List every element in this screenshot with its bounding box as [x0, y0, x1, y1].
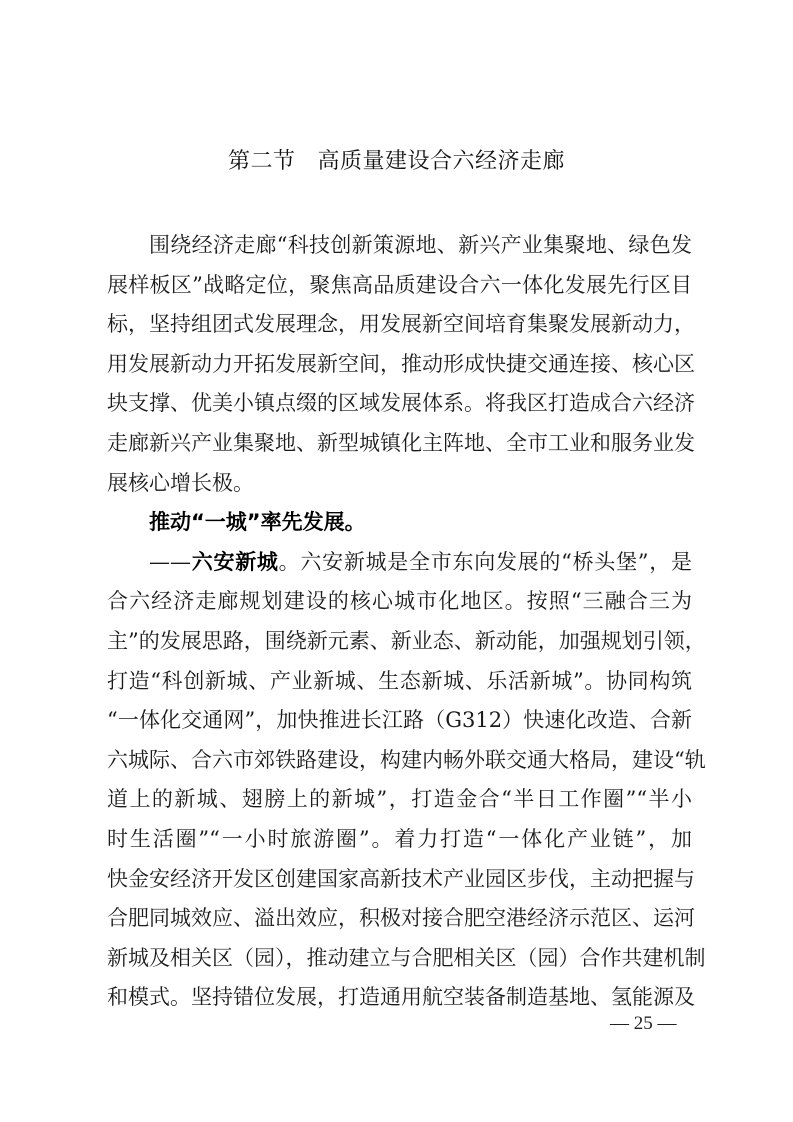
- paragraph-line: 合肥同城效应、溢出效应，积极对接合肥空港经济示范区、运河: [107, 899, 692, 939]
- paragraph-line: 打造“科创新城、产业新城、生态新城、乐活新城”。协同构筑: [107, 662, 692, 702]
- paragraph-line-lead: ——六安新城。六安新城是全市东向发展的“桥头堡”，是: [107, 543, 692, 583]
- paragraph-line: 快金安经济开发区创建国家高新技术产业园区步伐，主动把握与: [107, 860, 692, 900]
- paragraph-line: 围绕经济走廊“科技创新策源地、新兴产业集聚地、绿色发: [107, 226, 692, 266]
- bold-term: 六安新城: [191, 550, 279, 574]
- paragraph-strategic-positioning: 围绕经济走廊“科技创新策源地、新兴产业集聚地、绿色发 展样板区”战略定位，聚焦高…: [107, 226, 692, 503]
- paragraph-line: 标，坚持组团式发展理念，用发展新空间培育集聚发展新动力，: [107, 305, 692, 345]
- paragraph-line: 新城及相关区（园），推动建立与合肥相关区（园）合作共建机制: [107, 939, 692, 979]
- paragraph-line: “一体化交通网”，加快推进长江路（G312）快速化改造、合新: [107, 701, 692, 741]
- paragraph-line: 走廊新兴产业集聚地、新型城镇化主阵地、全市工业和服务业发: [107, 424, 692, 464]
- paragraph-line: 和模式。坚持错位发展，打造通用航空装备制造基地、氢能源及: [107, 978, 692, 1018]
- em-dash-lead: ——: [149, 550, 191, 574]
- paragraph-line: 主”的发展思路，围绕新元素、新业态、新动能，加强规划引领，: [107, 622, 692, 662]
- paragraph-line: 六城际、合六市郊铁路建设，构建内畅外联交通大格局，建设“轨: [107, 741, 692, 781]
- paragraph-liuan-new-city: ——六安新城。六安新城是全市东向发展的“桥头堡”，是 合六经济走廊规划建设的核心…: [107, 543, 692, 1018]
- document-page: 第二节高质量建设合六经济走廊 围绕经济走廊“科技创新策源地、新兴产业集聚地、绿色…: [0, 0, 793, 1122]
- paragraph-line: 道上的新城、翅膀上的新城”，打造金合“半日工作圈”“半小: [107, 780, 692, 820]
- paragraph-line: 用发展新动力开拓发展新空间，推动形成快捷交通连接、核心区: [107, 345, 692, 385]
- paragraph-line: 展样板区”战略定位，聚焦高品质建设合六一体化发展先行区目: [107, 266, 692, 306]
- page-number: — 25 —: [610, 1012, 677, 1036]
- section-number: 第二节: [228, 149, 296, 174]
- section-title: 第二节高质量建设合六经济走廊: [0, 147, 793, 177]
- paragraph-line: 时生活圈”“一小时旅游圈”。着力打造“一体化产业链”，加: [107, 820, 692, 860]
- body-text: 围绕经济走廊“科技创新策源地、新兴产业集聚地、绿色发 展样板区”战略定位，聚焦高…: [107, 226, 692, 1018]
- paragraph-line: 块支撑、优美小镇点缀的区域发展体系。将我区打造成合六经济: [107, 384, 692, 424]
- paragraph-line: 合六经济走廊规划建设的核心城市化地区。按照“三融合三为: [107, 582, 692, 622]
- section-heading: 高质量建设合六经济走廊: [318, 149, 566, 174]
- subheading: 推动“一城”率先发展。: [107, 503, 692, 543]
- lead-line-rest: 。六安新城是全市东向发展的“桥头堡”，是: [279, 550, 692, 574]
- paragraph-line: 展核心增长极。: [107, 464, 692, 504]
